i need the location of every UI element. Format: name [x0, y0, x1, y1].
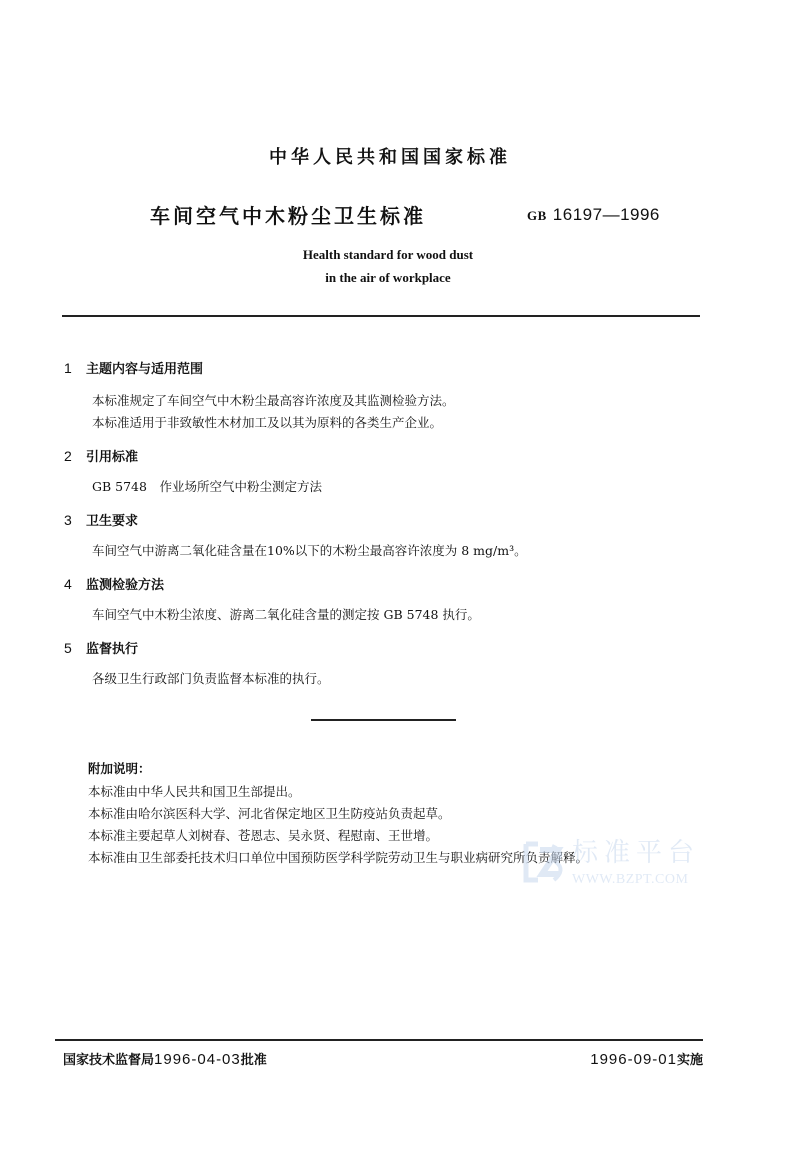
section-3-heading: 3卫生要求 — [64, 510, 138, 529]
watermark-url: WWW.BZPT.COM — [572, 872, 688, 888]
bzpt-logo-icon — [522, 840, 566, 884]
approval-info: 国家技术监督局1996-04-03批准 — [63, 1049, 267, 1068]
approver: 国家技术监督局 — [63, 1053, 154, 1068]
watermark-text: 标准平台 — [572, 838, 700, 868]
header-divider — [62, 315, 700, 317]
note-line: 本标准主要起草人刘树春、苍恩志、吴永贤、程慰南、王世增。 — [88, 826, 438, 844]
section-5-para-1: 各级卫生行政部门负责监督本标准的执行。 — [92, 669, 330, 687]
organization-text: 中华人民共和国国家标准 — [269, 147, 511, 168]
title-en-line2: in the air of workplace — [0, 266, 788, 289]
section-4-para-1: 车间空气中木粉尘浓度、游离二氧化硅含量的测定按 GB 5748 执行。 — [92, 605, 480, 623]
section-heading-text: 主题内容与适用范围 — [86, 362, 203, 377]
section-5-heading: 5监督执行 — [64, 638, 138, 657]
section-heading-text: 引用标准 — [86, 450, 138, 465]
issuing-organization: 中华人民共和国国家标准 — [0, 143, 800, 169]
section-2-para-1: GB 5748 作业场所空气中粉尘测定方法 — [92, 477, 322, 495]
effective-label: 实施 — [677, 1053, 703, 1068]
footer-divider — [55, 1039, 703, 1041]
code-number: 16197—1996 — [553, 205, 660, 224]
section-heading-text: 卫生要求 — [86, 514, 138, 529]
note-line: 本标准由中华人民共和国卫生部提出。 — [88, 782, 301, 800]
note-line: 本标准由哈尔滨医科大学、河北省保定地区卫生防疫站负责起草。 — [88, 804, 451, 822]
section-1-heading: 1主题内容与适用范围 — [64, 358, 203, 377]
title-en-line1: Health standard for wood dust — [0, 243, 788, 266]
section-number: 3 — [64, 512, 86, 528]
section-4-heading: 4监测检验方法 — [64, 574, 164, 593]
code-prefix: GB — [527, 208, 547, 223]
section-number: 4 — [64, 576, 86, 592]
section-3-para-1: 车间空气中游离二氧化硅含量在10%以下的木粉尘最高容许浓度为 8 mg/m³。 — [92, 541, 527, 559]
effective-date: 1996-09-01 — [590, 1051, 677, 1068]
notes-heading: 附加说明： — [88, 759, 151, 777]
section-number: 2 — [64, 448, 86, 464]
end-of-text-rule — [311, 719, 456, 721]
approval-label: 批准 — [241, 1053, 267, 1068]
standard-title-cn: 车间空气中木粉尘卫生标准 — [150, 200, 426, 229]
section-1-para-1: 本标准规定了车间空气中木粉尘最高容许浓度及其监测检验方法。 — [92, 391, 455, 409]
section-1-para-2: 本标准适用于非致敏性木材加工及以其为原料的各类生产企业。 — [92, 413, 442, 431]
approval-date: 1996-04-03 — [154, 1051, 241, 1068]
standard-title-en: Health standard for wood dust in the air… — [0, 243, 800, 289]
standard-code: GB16197—1996 — [527, 205, 660, 225]
section-2-heading: 2引用标准 — [64, 446, 138, 465]
section-heading-text: 监测检验方法 — [86, 578, 164, 593]
section-number: 5 — [64, 640, 86, 656]
note-line: 本标准由卫生部委托技术归口单位中国预防医学科学院劳动卫生与职业病研究所负责解释。 — [88, 848, 588, 866]
effective-info: 1996-09-01实施 — [590, 1049, 703, 1068]
section-heading-text: 监督执行 — [86, 642, 138, 657]
watermark: 标准平台 WWW.BZPT.COM — [522, 838, 742, 894]
section-number: 1 — [64, 360, 86, 376]
